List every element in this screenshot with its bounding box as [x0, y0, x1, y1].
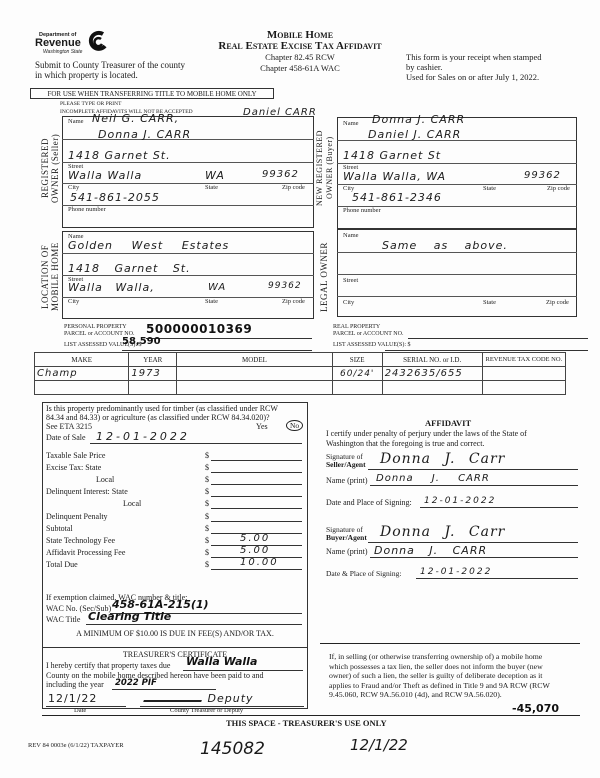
dor-logo-swirl-icon [87, 30, 109, 52]
treasurer-text3: including the year [46, 680, 104, 689]
dor-logo: Department of Revenue Washington State [35, 30, 115, 58]
seller-section-label: REGISTEREDOWNER (Seller) [40, 118, 64, 218]
tax-line-row: Affidavit Processing Fee [46, 548, 125, 557]
stamp-date: 12/1/22 [350, 736, 408, 754]
location-street[interactable]: 1418 Garnet St. [68, 262, 191, 275]
tax-line-value[interactable]: 10.00 [240, 557, 279, 568]
year-cell[interactable] [129, 381, 177, 395]
real-property-account-no[interactable] [408, 338, 588, 339]
tax-code-cell[interactable] [482, 367, 565, 381]
treasurer-date-label: Date [74, 707, 86, 714]
form-title: Mobile Home Real Estate Excise Tax Affid… [205, 30, 395, 74]
affidavit-title: AFFIDAVIT [425, 418, 471, 428]
timber-yes-option[interactable]: Yes [256, 422, 268, 431]
treasurer-certificate-title: TREASURER'S CERTIFICATE [42, 650, 308, 659]
dollar-sign: $ [205, 512, 209, 521]
tax-line-row: Delinquent Penalty [46, 512, 108, 521]
location-name[interactable]: Golden West Estates [68, 239, 229, 252]
tax-line-value[interactable]: 5.00 [240, 533, 270, 544]
tax-line-row: Local [96, 475, 114, 484]
year-cell[interactable]: 1973 [129, 367, 177, 381]
treasurer-signature[interactable]: Deputy [145, 692, 305, 705]
buyer-name-line2[interactable]: Daniel J. CARR [368, 128, 461, 141]
buyer-name-line1[interactable]: Donna J. CARR [372, 113, 465, 126]
dollar-sign: $ [205, 536, 209, 545]
size-cell[interactable]: 60/24' [332, 367, 382, 381]
timber-question: Is this property predominantly used for … [46, 404, 278, 431]
legal-owner-section-label: LEGAL OWNER [319, 232, 333, 322]
dollar-sign: $ [205, 451, 209, 460]
buyer-signing-date[interactable]: 12-01-2022 [420, 567, 492, 577]
model-cell[interactable] [177, 381, 333, 395]
make-cell[interactable] [35, 381, 129, 395]
receipt-note: This form is your receipt when stamped b… [406, 52, 542, 82]
dollar-sign: $ [205, 487, 209, 496]
location-state[interactable]: WA [208, 282, 226, 293]
seller-street[interactable]: 1418 Garnet St. [68, 149, 171, 162]
treasurer-use-only: THIS SPACE - TREASURER'S USE ONLY [226, 718, 387, 728]
tax-line-row: Excise Tax: State [46, 463, 101, 472]
dollar-sign: $ [205, 463, 209, 472]
date-of-sale-value[interactable]: 12-01-2022 [96, 430, 190, 443]
seller-phone[interactable]: 541-861-2055 [70, 191, 160, 204]
tax-line-row: Taxable Sale Price [46, 451, 105, 460]
size-cell[interactable] [332, 381, 382, 395]
seller-state[interactable]: WA [205, 169, 225, 182]
minimum-due-note: A MINIMUM OF $10.00 IS DUE IN FEE(S) AND… [42, 629, 308, 638]
seller-name-extra[interactable]: Daniel CARR [243, 107, 317, 118]
buyer-street[interactable]: 1418 Garnet St [343, 149, 441, 162]
table-row: Champ 1973 60/24' 2432635/655 [35, 367, 566, 381]
treasurer-date[interactable]: 12/1/22 [48, 692, 97, 705]
affidavit-text: I certify under penalty of perjury under… [326, 429, 527, 448]
buyer-phone[interactable]: 541-861-2346 [352, 191, 442, 204]
form-id: REV 84 0003e (6/1/22) TAXPAYER [28, 742, 124, 749]
real-property-assessed-value[interactable] [385, 350, 588, 351]
wac-title-label: WAC Title [46, 615, 80, 624]
tax-line-row: Subtotal [46, 524, 73, 533]
mobile-home-table: MAKE YEAR MODEL SIZE SERIAL NO. or I.D. … [34, 352, 566, 395]
timber-no-option-circled[interactable]: No [286, 420, 303, 431]
seller-zip[interactable]: 99362 [262, 169, 299, 180]
personal-property-assessed-value[interactable]: 58,590 [122, 338, 161, 345]
treasurer-text1: I hereby certify that property taxes due [46, 661, 170, 670]
buyer-zip[interactable]: 99362 [524, 170, 561, 181]
treasurer-county[interactable]: Walla Walla [186, 655, 257, 668]
buyer-signature[interactable]: Donna J. Carr [380, 524, 505, 540]
tax-line-value[interactable]: 5.00 [240, 545, 270, 556]
tax-code-cell[interactable] [482, 381, 565, 395]
receipt-number: 145082 [200, 739, 265, 759]
serial-cell[interactable]: 2432635/655 [382, 367, 482, 381]
dollar-sign: $ [205, 524, 209, 533]
seller-name-line1[interactable]: Neil G. CARR, [92, 112, 179, 125]
table-header-row: MAKE YEAR MODEL SIZE SERIAL NO. or I.D. … [35, 353, 566, 367]
buyer-section-label: NEW REGISTEREDOWNER (Buyer) [315, 118, 339, 218]
real-property-block: REAL PROPERTY PARCEL or ACCOUNT NO. LIST… [333, 324, 583, 349]
seller-name-line2[interactable]: Donna J. CARR [98, 128, 191, 141]
legal-owner-name[interactable]: Same as above. [382, 239, 508, 252]
tax-lien-note: If, in selling (or otherwise transferrin… [329, 652, 550, 700]
model-cell[interactable] [177, 367, 333, 381]
seller-city[interactable]: Walla Walla [68, 169, 142, 182]
dollar-sign: $ [205, 499, 209, 508]
personal-property-account-no[interactable]: 500000010369 [146, 326, 252, 333]
dollar-sign: $ [205, 548, 209, 557]
make-cell[interactable]: Champ [35, 367, 129, 381]
location-zip[interactable]: 99362 [268, 281, 302, 291]
tax-line-row: Local [123, 499, 141, 508]
dollar-sign: $ [205, 560, 209, 569]
personal-property-block: PERSONAL PROPERTY PARCEL or ACCOUNT NO. … [64, 324, 314, 349]
treasurer-sig-label: County Treasurer or Deputy [170, 707, 243, 714]
location-section-label: LOCATION OFMOBILE HOME [40, 232, 64, 322]
seller-signing-date[interactable]: 12-01-2022 [424, 496, 496, 506]
tax-line-row: Total Due [46, 560, 78, 569]
buyer-print-name[interactable]: Donna J. CARR [374, 544, 487, 557]
wac-title-value[interactable]: Clearing Title [88, 610, 171, 623]
margin-handwritten-note: -45,070 [512, 702, 559, 715]
dollar-sign: $ [205, 475, 209, 484]
date-of-sale-row: Date of Sale [46, 433, 86, 442]
serial-cell[interactable] [382, 381, 482, 395]
submit-note: Submit to County Treasurer of the county… [35, 60, 185, 80]
location-city[interactable]: Walla Walla, [68, 281, 155, 294]
table-row [35, 381, 566, 395]
seller-print-name[interactable]: Donna J. CARR [376, 473, 490, 484]
seller-signature[interactable]: Donna J. Carr [380, 451, 505, 467]
buyer-city[interactable]: Walla Walla, WA [343, 170, 446, 183]
mobile-home-only-banner: FOR USE WHEN TRANSFERRING TITLE TO MOBIL… [30, 88, 274, 99]
tax-line-row: State Technology Fee [46, 536, 115, 545]
treasurer-year[interactable]: 2022 PIF [115, 678, 157, 688]
tax-line-row: Delinquent Interest: State [46, 487, 128, 496]
